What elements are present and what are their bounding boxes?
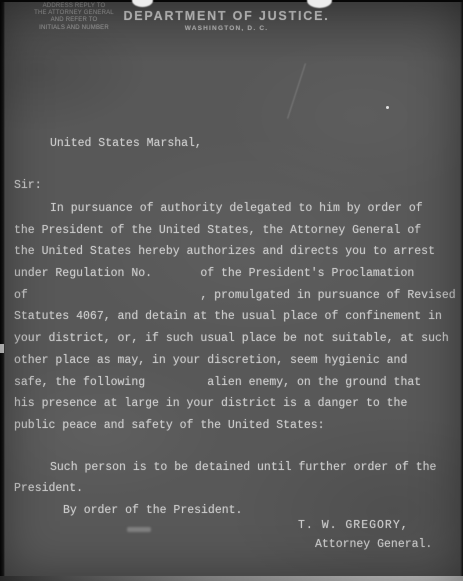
salutation-line: Sir: <box>14 179 42 192</box>
photo-edge-top <box>0 0 463 2</box>
punch-hole-icon <box>132 0 153 7</box>
closing-line: President. <box>14 478 436 499</box>
recipient-line: United States Marshal, <box>50 137 202 150</box>
body-line: Statutes 4067, and detain at the usual p… <box>14 306 456 328</box>
body-line: of , promulgated in pursuance of Revised <box>14 285 456 307</box>
letterhead-city: WASHINGTON, D. C. <box>0 25 453 32</box>
body-line: public peace and safety of the United St… <box>14 415 456 437</box>
document-photo: ADDRESS REPLY TO THE ATTORNEY GENERAL AN… <box>0 0 463 581</box>
body-line: safe, the following alien enemy, on the … <box>14 372 456 394</box>
body-line: other place as may, in your discretion, … <box>14 350 456 372</box>
closing-line: By order of the President. <box>14 500 436 521</box>
body-line: the President of the United States, the … <box>14 220 456 242</box>
punch-hole-icon <box>307 0 332 8</box>
signature-block: T. W. GREGORY, Attorney General. <box>298 519 432 551</box>
body-line: under Regulation No. of the President's … <box>14 263 456 285</box>
photo-edge-bottom <box>0 576 463 581</box>
signature-name: T. W. GREGORY, <box>298 519 432 532</box>
white-speck <box>0 344 4 353</box>
letterhead-title: DEPARTMENT OF JUSTICE. <box>0 9 453 23</box>
white-speck <box>386 106 389 109</box>
letter-closing: Such person is to be detained until furt… <box>14 457 436 521</box>
body-line: the United States hereby authorizes and … <box>14 241 456 263</box>
scratch-mark <box>287 63 306 118</box>
letter-body: In pursuance of authority delegated to h… <box>14 198 456 437</box>
body-line: your district, or, if such usual place b… <box>14 328 456 350</box>
body-line: his presence at large in your district i… <box>14 393 456 415</box>
closing-line: Such person is to be detained until furt… <box>14 457 436 478</box>
body-line: In pursuance of authority delegated to h… <box>14 198 456 220</box>
faint-form-mark <box>127 527 151 532</box>
signature-title: Attorney General. <box>315 538 432 551</box>
photo-edge-left <box>0 0 5 581</box>
